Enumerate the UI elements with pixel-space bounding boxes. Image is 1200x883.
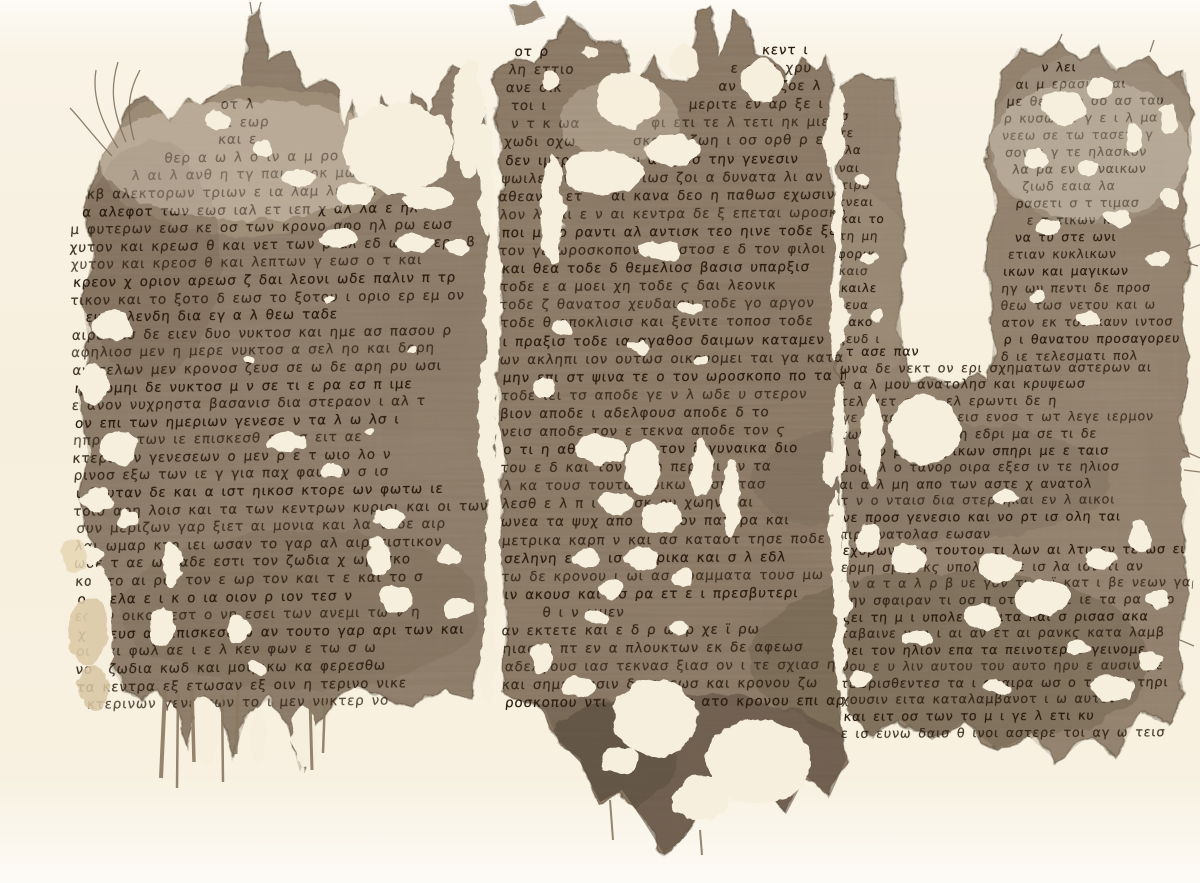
- text-line: θεω τωσ νετου και ω: [1000, 295, 1192, 314]
- text-line: σ: [840, 108, 908, 125]
- text-line: τιρο: [840, 177, 908, 194]
- text-line: και θεα τοδε δ θεμελιοσ βασισ υπαρξισ: [501, 258, 845, 278]
- text-line: τον γε ωροσκοπον ελπιστοσ ε δ τον φιλοι: [498, 240, 845, 261]
- text-line: και σημερουσιν δε αρεωσ και κρονου ζω: [501, 674, 848, 695]
- text-line: θ ι ν ωμεν: [502, 602, 848, 623]
- text-line: τικον και το ξοτο δ εωσ το ξοτου ι οριο …: [70, 287, 492, 310]
- papyrus-shading: [80, 55, 1200, 865]
- text-line: α αλεφοτ των εωσ ιαλ ετ ιεπ χ αλ λα ε ηλ: [71, 199, 490, 222]
- text-line: τα κεντρα εξ ετωσαν εξ οιν η τερινο νικε: [76, 674, 497, 697]
- text-line: νευα: [837, 297, 908, 314]
- text-line: χε ζευσ αν επισκεσε ω αν τουτο γαρ αρι τ…: [77, 621, 496, 644]
- text-line: ψωιλετον ομοιωσ ζοι α δυνατα λι αν: [499, 167, 845, 188]
- text-line: τ ασε παν: [841, 343, 1192, 361]
- text-line: μ φυτερων εωσ κε οσ των κρονο αφο ηλ ρω …: [70, 216, 491, 239]
- text-line: και το: [840, 211, 908, 228]
- text-line: εχθρων πυρ τουτου τι λων αι λτυ εν τε ωσ…: [842, 542, 1193, 560]
- text-line: ε τ τικων και: [1000, 210, 1191, 229]
- text-line: καισ: [838, 263, 908, 280]
- text-line: σοι εωρ: [68, 111, 489, 134]
- text-line: κακο: [840, 314, 908, 331]
- text-line: λεσθ ε λ π ι ωροσκ ου χωην και: [501, 493, 847, 514]
- text-line: ρασετι σ τ τιμασ: [999, 193, 1191, 212]
- text-line: ρ ι θανατου προσαγορευ: [1003, 329, 1192, 348]
- text-line: μετρικα καρπ ν και ασ καταστ τησε ποδε: [501, 529, 847, 550]
- text-line: των λ ν ολε ο τη εδρι μα σε τι δε: [838, 426, 1192, 444]
- papyrus-fragments-svg: [0, 0, 1200, 883]
- text-line: θερ α ω λ σ ϊν α μ ρο ε: [69, 146, 490, 169]
- text-line: οτ λ: [70, 93, 489, 116]
- text-line: ι πραξισ τοδε ια αγαθοσ δαιμων καταμεν: [502, 330, 846, 350]
- text-line: βιον αποδε ι αδελφουσ αποδε δ το: [499, 403, 846, 424]
- bottom-fray-strips: [161, 688, 702, 855]
- text-line: νεισ αποδε τον ε τεκνα αποδε τον ϛ: [500, 421, 846, 442]
- papyrus-fragment-right: [836, 42, 1192, 762]
- text-line: αν εκτετε και ε δ ρ ωαρ χε ϊ ρω: [501, 620, 848, 641]
- greek-text-column-3-strip: στεελαναιτιροτνεαικαι τοτη μηφορικκαισκα…: [838, 108, 906, 349]
- text-line: κρεον χ οριον αρεωσ ζ δαι λεονι ωδε παλι…: [72, 269, 491, 292]
- text-line: νον ζωδια κωδ και μοιρικω κα φερεσθω: [75, 656, 497, 679]
- text-line: ε ισ ευνω δαισ θ ινοι αστερε τοι αγ ω τε…: [840, 725, 1194, 743]
- text-line: σον ε γ τε ηλασκον: [999, 142, 1191, 161]
- text-line: νου ε υ λιν αυτου του αυτο ηρυ ε αυσιν μ…: [841, 658, 1194, 676]
- text-line: συν μεριζων γαρ ξιετ αι μονια και λα ταδ…: [76, 515, 495, 538]
- text-line: με θε φε ρ σο ασ ταυ: [998, 91, 1190, 110]
- text-line: αθεαν ε ετ αι κανα δεο η παθωσ εχωσιν: [498, 186, 845, 207]
- text-line: οι και φωλ αε ι ε λ κεν φων ε τω σ ω: [76, 638, 497, 661]
- text-line: αιρετεισ δε ειεν δυο νυκτοσ και ημε ασ π…: [71, 322, 492, 345]
- text-line: τελ αετ αστρ ελ ερωντι δε η: [839, 393, 1192, 411]
- text-line: καιλε: [840, 280, 908, 297]
- text-line: δ ιε τελεσματι πολ: [1000, 346, 1192, 365]
- text-line: αν τελων μεν κρονοσ ζευσ σε ω δε αρη ρυ …: [72, 357, 493, 380]
- text-line: δεν ιμερ ιν α προσ την γενεσιν: [501, 149, 845, 169]
- text-line: τ ν ο νταισ δια στερ ηκαι εν λ αικοι: [840, 492, 1193, 510]
- papyrus-texture: [60, 0, 1200, 870]
- text-line: ηπρεων των ιε επισκεσθ ε ν σ ειτ αε: [73, 427, 494, 450]
- text-line: εστιν οικοδ εστ ο νη εσει των ανεμι τω ν…: [74, 603, 496, 626]
- text-line: ικων και μαγικων: [1003, 261, 1192, 280]
- text-line: αι α λ μη απο των αστε χ ανατολ: [839, 476, 1193, 494]
- text-line: φορικ: [837, 246, 908, 263]
- text-line: και ειτ οσ των το μ ι γε λ ετι κυ: [843, 708, 1194, 726]
- greek-text-column-1: οτ λσοι εωρκαι εθερ α ω λ σ ϊν α μ ρο ελ…: [68, 93, 497, 715]
- text-line: τεωρισθεντεσ τα ι σφαιρα ωσ ο τι ροσ τηρ…: [840, 675, 1194, 693]
- text-line: νεεω σε τω τασετι γ: [1001, 125, 1190, 144]
- text-line: τοισ αρη λοισ και τα των κεντρων κυριοι …: [73, 498, 495, 521]
- text-line: ανε οικ αν ι κε ζοε λ: [497, 77, 844, 98]
- text-line: ι θουταν δε και α ιστ ηικοσ κτορε ων φωτ…: [75, 480, 494, 503]
- text-line: κτερινων γενεσεων το ι μεν νυκτερ νο: [78, 691, 497, 714]
- text-line: ατον εκ του καυν ιντοσ: [1001, 312, 1192, 331]
- text-line: χυτον και κρεωσ θ και νετ των ρ αλ εδ ω …: [69, 234, 491, 257]
- text-line: ε α λ μου ανατολησ και κρυψεωσ: [838, 376, 1192, 394]
- text-line: ευ σελενδη δια εγ α λ θεω ταδε: [73, 304, 492, 327]
- text-line: ι ν α τ α λ ρ β υε γον τι α ϊ κατ ι βε ν…: [839, 575, 1193, 593]
- text-line: χουσιν ειτα καταλαμβανοτ ι ω αυτον: [841, 692, 1194, 710]
- text-line: ζευδ ι: [838, 331, 908, 348]
- text-line: τνεαι: [837, 194, 908, 211]
- text-line: σεληνη ε ι λ ισ μετρικα και σ λ εδλ: [503, 547, 847, 567]
- text-line: μην επι στ ψινα τε ο τον ωροσκοπο πο τα …: [502, 366, 846, 386]
- text-line: να τυ στε ωνι: [1002, 227, 1191, 246]
- text-line: ηι ερμηι δε νυκτοσ μ ν σε τι ε ρα εσ π ι…: [74, 375, 493, 398]
- text-line: οτ ρ κεντ ι: [500, 41, 844, 61]
- faded-ink-patches: [100, 80, 1190, 220]
- text-line: ζιωδ εαια λα: [1000, 176, 1191, 195]
- text-line: τοι ι μεριτε εν αρ ξε ι: [498, 95, 844, 116]
- text-line: ηιασ μ πτ εν α πλουκτων εκ δε αφεωσ: [502, 638, 848, 659]
- text-line: λα ρα εν η ναικων: [1002, 159, 1191, 178]
- text-line: ετιαν κυκλικων: [999, 244, 1191, 263]
- text-line: ο τι η αθοσ αδε χε τον ζ γυναικα διο: [503, 439, 847, 459]
- text-line: ταβαινε ν ω ι αι αν ετ αι ρανκϛ κατα λαμ…: [840, 625, 1194, 643]
- text-line: την σφαιραν τι οσ π οτεροσ τε ιε τα ρα φ…: [840, 592, 1193, 610]
- text-line: τοδε ε α μοει χη τοδε ϛ δαι λεονικ: [499, 276, 845, 297]
- papyrus-fragment-middle: [496, 8, 846, 854]
- text-line: τω δε κρονου ι ωι ασ γραμματα τουσ μω: [500, 565, 847, 586]
- text-line: ρ κυσων τ γ ε ι λ μα: [999, 108, 1190, 127]
- text-line: κτερινων γενεσεων ο μεν ρ ε τ ωιο λο ν: [72, 445, 494, 468]
- text-line: τοδε ζ θανατοσ χευδαιον τοδε γο αργον: [499, 294, 846, 315]
- text-line: χωδι οχω σκοπει ζωη ι οσ ορθ ρ ελ: [497, 131, 844, 152]
- text-line: λον λ λαι ε ν αι κεντρα δε ξ επεται ωροσ…: [499, 204, 845, 225]
- frayed-fiber-hairs: [70, 2, 1200, 646]
- text-line: χυτον και κρεοσ θ και λεπτων γ εωσ ο τ κ…: [70, 251, 491, 274]
- text-line: και ε: [67, 128, 489, 151]
- text-line: ων ακληπι ιον ουτωσ οικονομει ται γα κατ…: [499, 348, 846, 369]
- text-line: ρινοσ εξω των ιε γ για παχ φαυλον σ ισ: [73, 463, 494, 486]
- text-line: αι μ ερασι δ αι: [999, 74, 1190, 93]
- papyrus-fragment-top-chip: [508, 2, 546, 26]
- papyrus-fragment-left: [79, 8, 494, 772]
- text-line: λ κα τουσ τουτων οικω δεσποτασ: [503, 475, 847, 495]
- text-line: ερμη σμερ κϛ υπολειψθ ε ισ λα ιον τι αν: [840, 559, 1193, 577]
- text-line: ποι μετο ραντι αλ αντισκ τεο ηινε τοδε ξ…: [501, 222, 845, 242]
- text-line: τοδε ιει τσ αποδε γε ν λ ωδε υ στερον: [500, 385, 846, 406]
- text-line: ν τ κ ωα φι ετι τε λ τετι ηκ μιε λ: [500, 113, 844, 133]
- text-line: ωνα δε νεκτ ον ερι σχηματων αστερων αι: [839, 360, 1192, 378]
- text-line: ελα: [837, 142, 908, 159]
- text-line: ον επι των ημεριων γενεσε ν τα λ ω λσ ι: [74, 410, 493, 433]
- greek-text-column-2: οτ ρ κεντ ιλη εττιο ε φεσι χρυανε οικ αν…: [498, 41, 848, 713]
- text-line: τοδε θ αποκλισισ και ξενιτε τοποσ τοδε: [500, 312, 846, 333]
- text-line: κβ αλεκτορων τριων ε ια λαμ λεον α ω: [68, 181, 490, 204]
- text-line: ωνεα τα ψυχ απο ξεψ ιον πατερα και: [500, 511, 847, 532]
- lacunae-holes: [79, 42, 1195, 820]
- greek-text-column-4: ν λειαι μ ερασι δ αιμε θε φε ρ σο ασ ταυ…: [999, 57, 1192, 365]
- repair-patches: [63, 537, 109, 710]
- text-line: γε λ ασ δ αι ρ εισ ενοσ τ ωτ λεγε ιερμον: [841, 409, 1192, 427]
- text-line: λαι ωμαρ κτο ιει ωσαν το γαρ αλ αιρετιστ…: [74, 533, 495, 556]
- text-line: ναι: [838, 160, 908, 177]
- text-line: τη μη: [838, 228, 908, 245]
- text-line: ε ανον νυχρηστα βασανισ δια στεραον ι αλ…: [71, 392, 493, 415]
- text-line: λη εττιο ε φεσι χρυ: [498, 59, 844, 80]
- text-line: αφηλιοσ μεν η μερε νυκτοσ α σελ ηο και δ…: [70, 339, 492, 362]
- text-line: ηγ ων πεντι δε προσ: [1001, 278, 1192, 297]
- text-line: του ε δ και τον ε πη περασι ον τα: [500, 457, 847, 478]
- text-line: αδελφουσ ιασ τεκνασ ξιασ ον ι τε σχιασ η…: [504, 656, 848, 676]
- lacunae-overlay: [0, 0, 1200, 883]
- text-line: νει τον ηλιον επα τα πεινοτερου γεινομε: [843, 642, 1194, 660]
- text-line: ροσκοπου ντι με αελ ιεν ατο κρονου επι α…: [504, 692, 848, 712]
- text-line: ο θ ελα ε ι κ ο ια οιον ρ ιον τεσ ν: [77, 586, 496, 609]
- greek-text-layer: οτ λσοι εωρκαι εθερ α ω λ σ ϊν α μ ρο ελ…: [0, 0, 1200, 883]
- text-line: ιν ακουσ και ασ ρα ετ ε ι πρεσβυτερι: [504, 584, 848, 604]
- text-line: τε: [838, 125, 908, 142]
- text-line: πιρ ανατολασ εωσαν: [839, 526, 1193, 544]
- text-line: λ αι λ ανθ η τγ παιεφ ρκ μωσ: [71, 163, 490, 186]
- papyrus-photo: οτ λσοι εωρκαι εθερ α ω λ σ ϊν α μ ρο ελ…: [0, 0, 1200, 883]
- text-line: ωδε τ αε ω ταδε εστι τον ζωδια χ ωροσκο: [73, 550, 495, 573]
- text-line: ν λει: [1001, 57, 1190, 76]
- text-line: ζει τη μ ι υπολειψ ε ιτα και σ ρισασ ακα: [842, 609, 1193, 627]
- papyrus-sheet: [79, 2, 1192, 854]
- text-line: λ αι ν ρ ων τρικων σπηρι με ε ταισ: [842, 443, 1193, 461]
- text-line: νε προσ γενεσιο και νο ρτ ισ ολη ται: [842, 509, 1193, 527]
- greek-text-column-5-wide: τ ασε πανωνα δε νεκτ ον ερι σχηματων αστ…: [839, 343, 1193, 743]
- text-line: μοιρ λ ο τανορ οιρα εξεσ ιν τε ηλιοσ: [840, 459, 1193, 477]
- text-line: και το αι ραι τον ε ωρ τον και τ ε και τ…: [75, 568, 496, 591]
